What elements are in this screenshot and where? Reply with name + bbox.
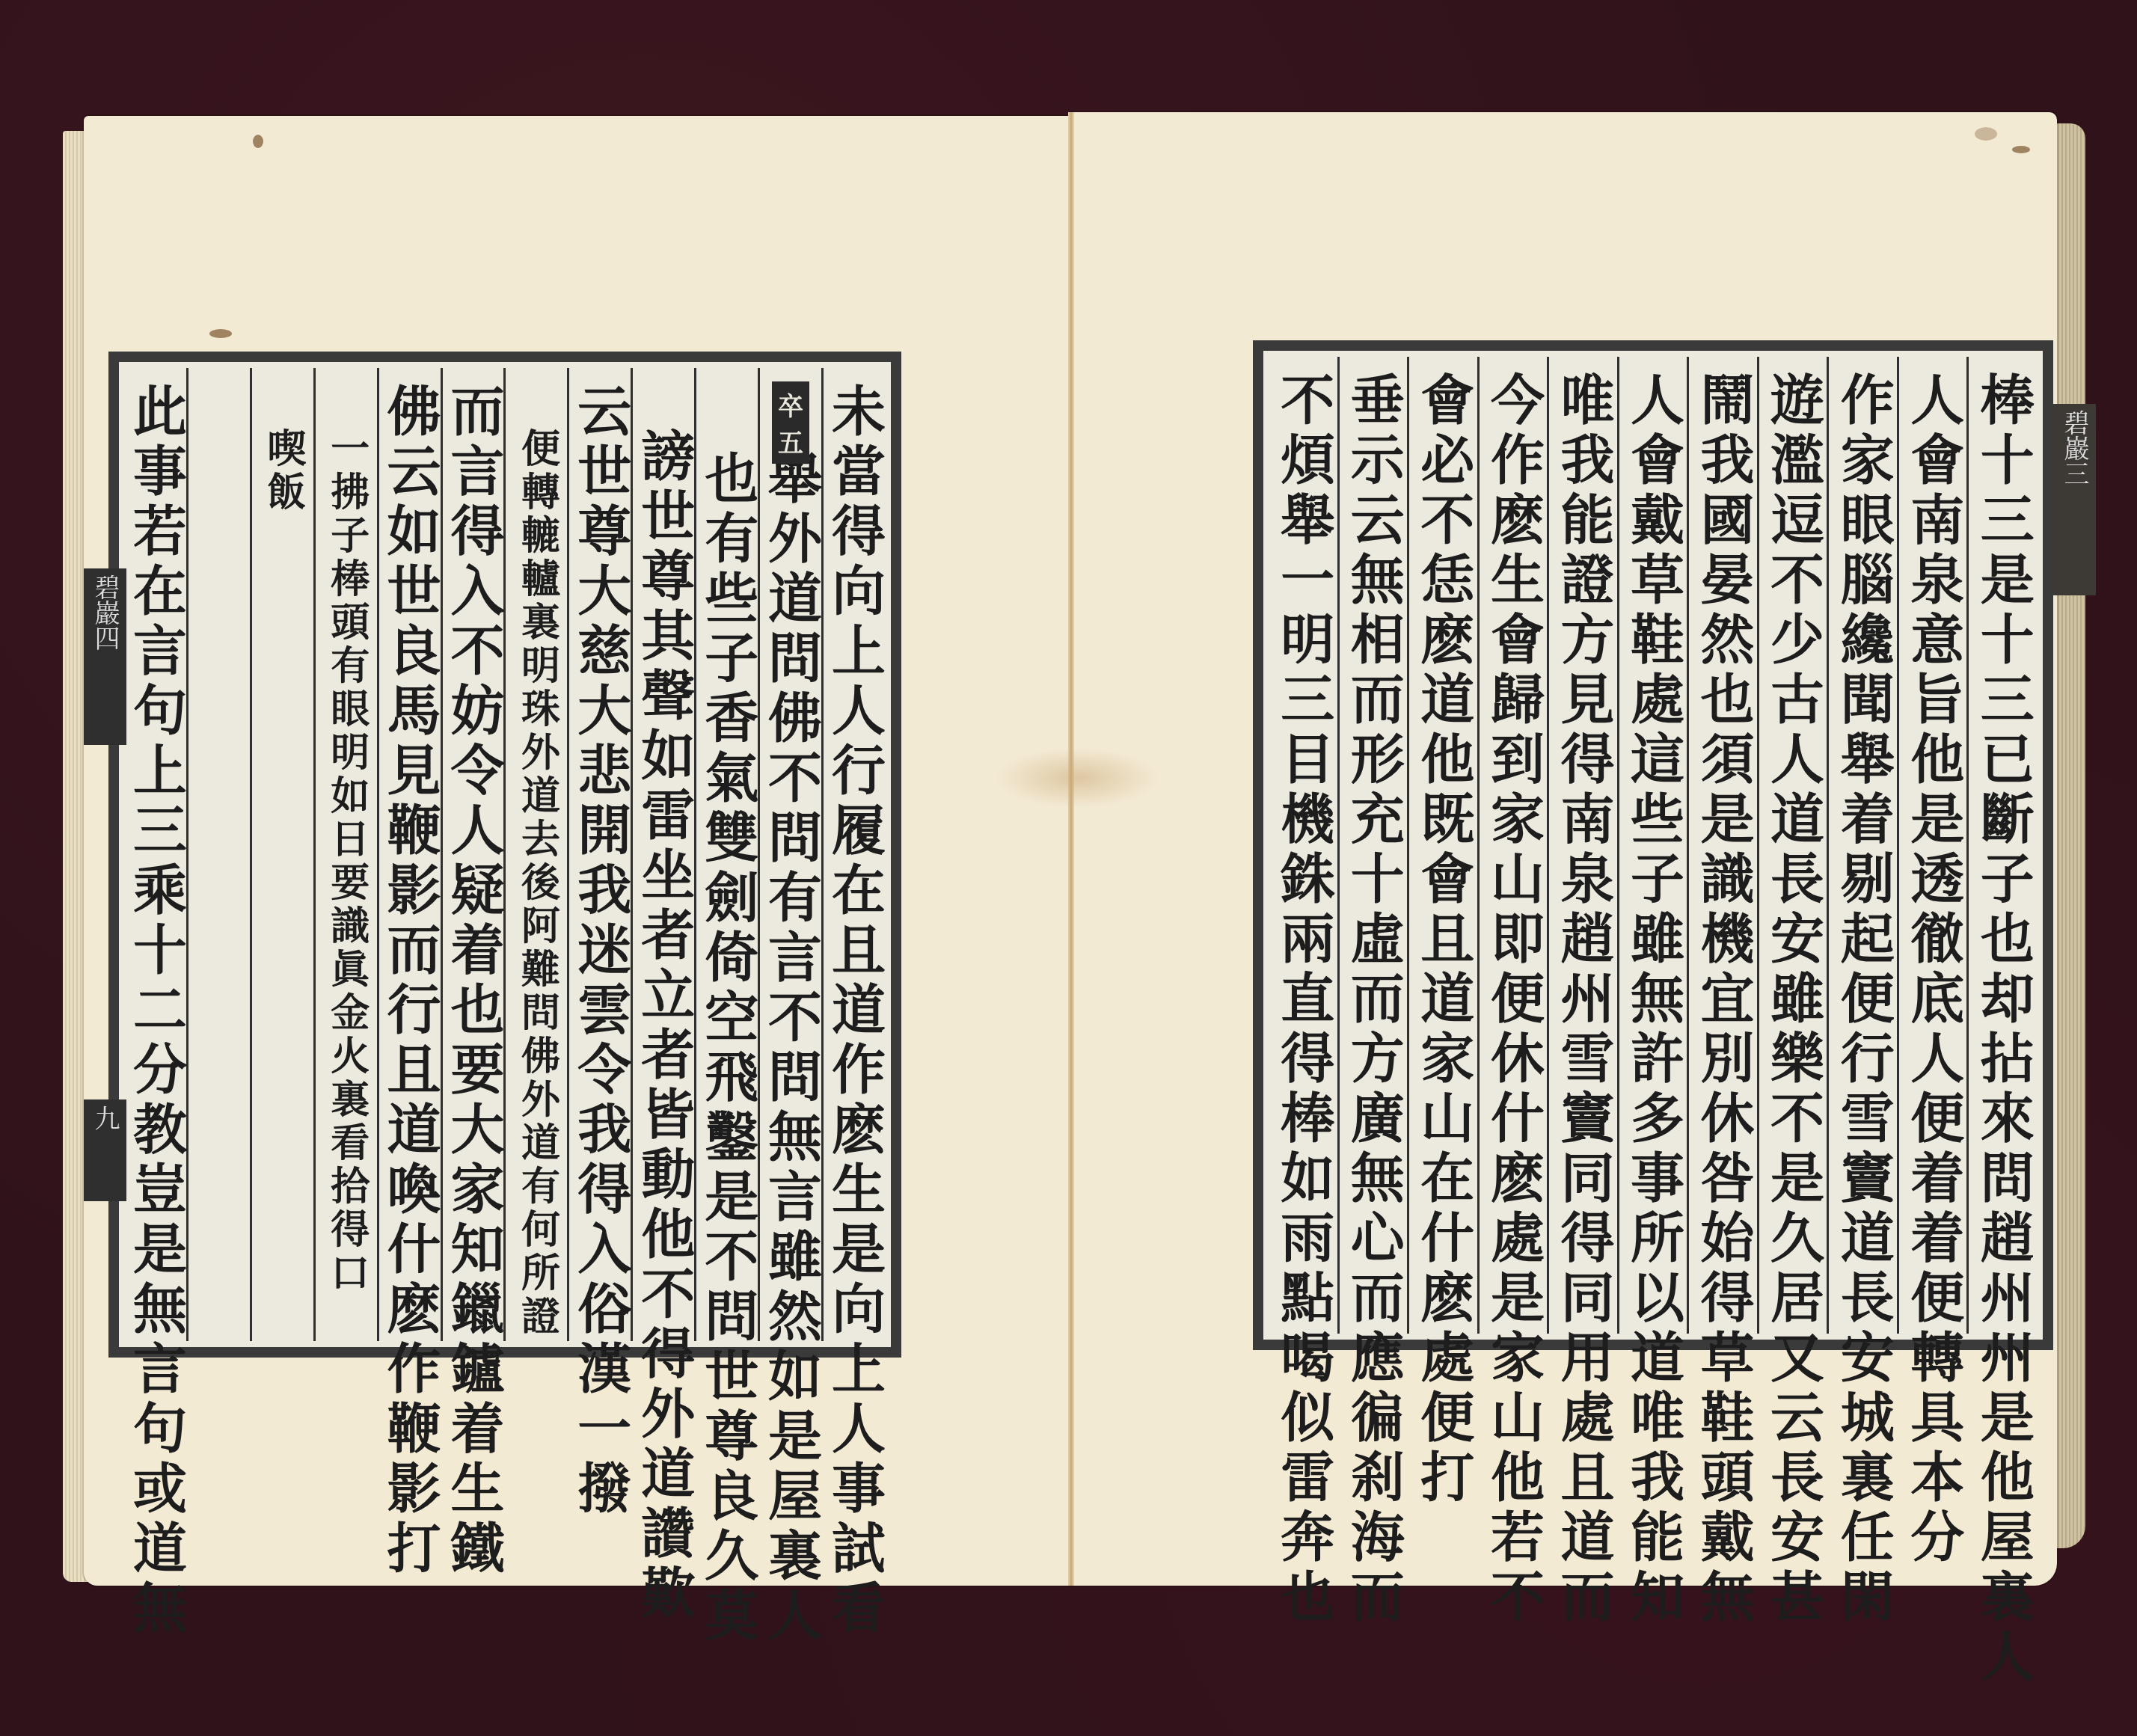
paper-spot	[253, 135, 263, 148]
column-text: 一拂子棒頭有眼明如日要識眞金火裏看拾得口	[327, 368, 366, 1341]
text-column: 人會戴草鞋處這些子雖無許多事所以道唯我能知	[1617, 357, 1687, 1334]
column-text: 棒十三是十三已斷子也却拈來問趙州州是他屋裏人	[1976, 357, 2030, 1334]
left-text-frame: 未當得向上人行履在且道作麽生是向上人事試看 卒五 舉外道問佛不問有言不問無言雖然…	[108, 352, 901, 1358]
text-column	[186, 368, 250, 1341]
column-text: 未當得向上人行履在且道作麽生是向上人事試看	[827, 368, 881, 1341]
text-column: 不煩舉一明三目機銖兩直得棒如雨點喝似雷奔也	[1269, 357, 1337, 1334]
text-column: 便轉轆轤裏明珠外道去後阿難問佛外道有何所證	[503, 368, 567, 1341]
column-text: 便轉轆轤裏明珠外道去後阿難問佛外道有何所證	[517, 368, 556, 1341]
text-column: 喫飯	[250, 368, 313, 1341]
right-margin-tab: 碧巖三	[2053, 404, 2096, 595]
column-text: 而言得入不妨令人疑着也要大家知鑞鑪着生鐵	[447, 368, 500, 1341]
column-text: 此事若在言句上三乘十二分教豈是無言句或道無	[129, 368, 183, 1341]
column-text: 也有些子香氣雙劍倚空飛鑿是不問世尊良久莫	[700, 368, 754, 1341]
text-column: 遊濫逗不少古人道長安雖樂不是久居又云長安甚	[1757, 357, 1827, 1334]
column-text: 今作麽生會歸到家山即便休什麽處是家山他若不	[1486, 357, 1540, 1334]
left-margin-tab: 碧巖四	[84, 568, 126, 745]
text-column: 會必不恁麽道他既會且道家山在什麽處便打	[1407, 357, 1477, 1334]
column-text: 鬧我國晏然也須是識機宜別休咎始得草鞋頭戴無	[1696, 357, 1750, 1334]
column-text: 會必不恁麽道他既會且道家山在什麽處便打	[1416, 357, 1470, 1334]
right-columns: 棒十三是十三已斷子也却拈來問趙州州是他屋裏人 人會南泉意旨他是透徹底人便着着便轉…	[1269, 357, 2037, 1334]
text-column: 也有些子香氣雙劍倚空飛鑿是不問世尊良久莫	[694, 368, 758, 1341]
text-column: 唯我能證方見得南泉趙州雪竇同得同用處且道而	[1547, 357, 1617, 1334]
column-text: 人會戴草鞋處這些子雖無許多事所以道唯我能知	[1626, 357, 1680, 1334]
right-text-frame: 棒十三是十三已斷子也却拈來問趙州州是他屋裏人 人會南泉意旨他是透徹底人便着着便轉…	[1253, 340, 2053, 1350]
text-column: 未當得向上人行履在且道作麽生是向上人事試看	[821, 368, 885, 1341]
column-text: 舉外道問佛不問有言不問無言雖然如是屋裏人	[764, 368, 818, 1341]
text-column: 此事若在言句上三乘十二分教豈是無言句或道無	[125, 368, 186, 1341]
column-text: 遊濫逗不少古人道長安雖樂不是久居又云長安甚	[1766, 357, 1820, 1334]
text-column: 佛云如世良馬見鞭影而行且道喚什麽作鞭影打	[377, 368, 441, 1341]
text-column: 棒十三是十三已斷子也却拈來問趙州州是他屋裏人	[1966, 357, 2037, 1334]
section-label: 卒五	[772, 381, 809, 464]
gutter-stain	[995, 748, 1159, 808]
column-text: 謗世尊其聲如雷坐者立者皆動他不得外道讚歎	[637, 368, 690, 1341]
text-column: 今作麽生會歸到家山即便休什麽處是家山他若不	[1477, 357, 1548, 1334]
column-text: 人會南泉意旨他是透徹底人便着着便轉具本分	[1906, 357, 1960, 1334]
column-text: 喫飯	[263, 368, 302, 1341]
left-margin-page-number: 九	[84, 1099, 126, 1201]
column-text: 佛云如世良馬見鞭影而行且道喚什麽作鞭影打	[383, 368, 437, 1341]
text-column: 人會南泉意旨他是透徹底人便着着便轉具本分	[1897, 357, 1967, 1334]
column-text: 云世尊大慈大悲開我迷雲令我得入俗漢一撥	[573, 368, 627, 1341]
column-text: 垂示云無相而形充十虛而方廣無心而應徧刹海而	[1346, 357, 1400, 1334]
paper-spot	[1975, 127, 1997, 141]
column-text: 不煩舉一明三目機銖兩直得棒如雨點喝似雷奔也	[1276, 357, 1330, 1334]
text-column: 而言得入不妨令人疑着也要大家知鑞鑪着生鐵	[441, 368, 504, 1341]
text-column: 作家眼腦纔聞舉着剔起便行雪竇道長安城裏任閑	[1827, 357, 1897, 1334]
column-text: 作家眼腦纔聞舉着剔起便行雪竇道長安城裏任閑	[1836, 357, 1890, 1334]
paper-spot	[209, 329, 232, 338]
left-columns: 未當得向上人行履在且道作麽生是向上人事試看 卒五 舉外道問佛不問有言不問無言雖然…	[125, 368, 885, 1341]
text-column: 云世尊大慈大悲開我迷雲令我得入俗漢一撥	[567, 368, 631, 1341]
text-column: 垂示云無相而形充十虛而方廣無心而應徧刹海而	[1337, 357, 1408, 1334]
paper-spot	[2012, 146, 2030, 153]
text-column: 卒五 舉外道問佛不問有言不問無言雖然如是屋裏人	[758, 368, 821, 1341]
book-gutter	[1068, 112, 1074, 1586]
text-column: 一拂子棒頭有眼明如日要識眞金火裏看拾得口	[313, 368, 377, 1341]
column-text: 唯我能證方見得南泉趙州雪竇同得同用處且道而	[1556, 357, 1610, 1334]
text-column: 謗世尊其聲如雷坐者立者皆動他不得外道讚歎	[631, 368, 694, 1341]
text-column: 鬧我國晏然也須是識機宜別休咎始得草鞋頭戴無	[1687, 357, 1757, 1334]
